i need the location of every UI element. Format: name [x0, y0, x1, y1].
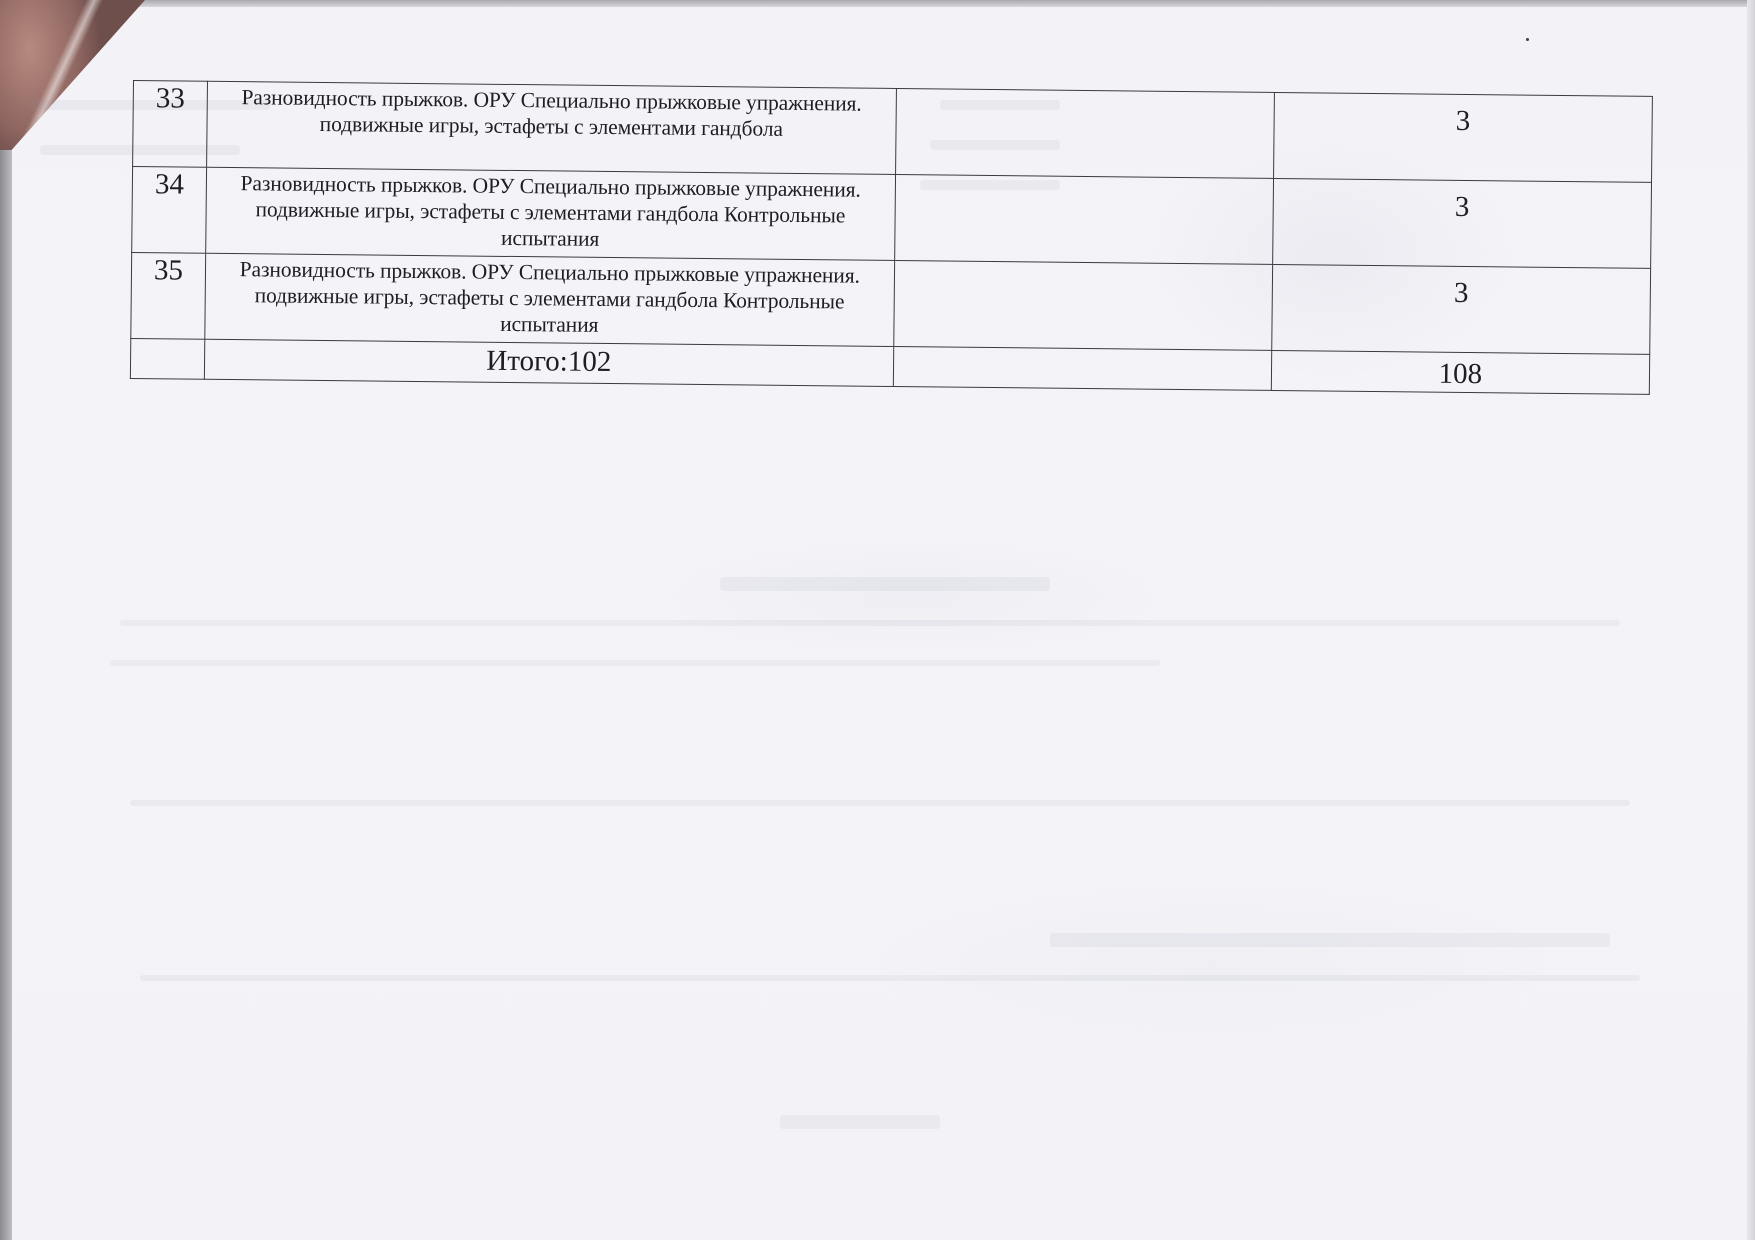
lesson-number: 35: [132, 253, 205, 287]
lesson-date-cell: [894, 174, 1273, 264]
lesson-hours-cell: 3: [1273, 92, 1652, 182]
lesson-hours: 3: [1274, 93, 1652, 139]
lesson-number: 33: [134, 81, 207, 115]
lesson-hours: 3: [1273, 179, 1651, 225]
lesson-topic: Разновидность прыжков. ОРУ Специально пр…: [206, 168, 894, 255]
lesson-number-cell: 35: [131, 252, 206, 339]
scanner-left-edge: [0, 0, 12, 1240]
lesson-topic-cell: Разновидность прыжков. ОРУ Специально пр…: [206, 167, 895, 260]
scan-speck: [1526, 38, 1529, 41]
lesson-hours-cell: 3: [1272, 178, 1651, 268]
lesson-plan-table: 33 Разновидность прыжков. ОРУ Специально…: [130, 80, 1653, 395]
lesson-hours: 3: [1272, 265, 1650, 311]
total-label: Итого:102: [205, 340, 893, 383]
lesson-number-cell: 34: [132, 167, 207, 254]
lesson-hours-cell: 3: [1271, 264, 1650, 354]
lesson-date-cell: [893, 260, 1272, 350]
table-row: 33 Разновидность прыжков. ОРУ Специально…: [133, 81, 1653, 183]
total-number-cell: [130, 338, 204, 379]
lesson-number: 34: [133, 167, 206, 201]
lesson-number-cell: 33: [133, 81, 208, 168]
table-row: 34 Разновидность прыжков. ОРУ Специально…: [132, 167, 1652, 269]
lesson-topic: Разновидность прыжков. ОРУ Специально пр…: [205, 254, 893, 341]
lesson-topic-cell: Разновидность прыжков. ОРУ Специально пр…: [207, 81, 896, 174]
table-row: 35 Разновидность прыжков. ОРУ Специально…: [131, 252, 1651, 354]
scanner-right-edge: [1747, 0, 1755, 1240]
total-hours-cell: 108: [1271, 350, 1650, 394]
total-label-cell: Итого:102: [204, 339, 893, 386]
lesson-topic: Разновидность прыжков. ОРУ Специально пр…: [207, 82, 895, 143]
lesson-date-cell: [895, 88, 1274, 178]
total-date-cell: [893, 346, 1272, 390]
lesson-topic-cell: Разновидность прыжков. ОРУ Специально пр…: [205, 253, 894, 346]
total-hours: 108: [1272, 351, 1650, 394]
scanner-top-edge: [0, 0, 1755, 7]
